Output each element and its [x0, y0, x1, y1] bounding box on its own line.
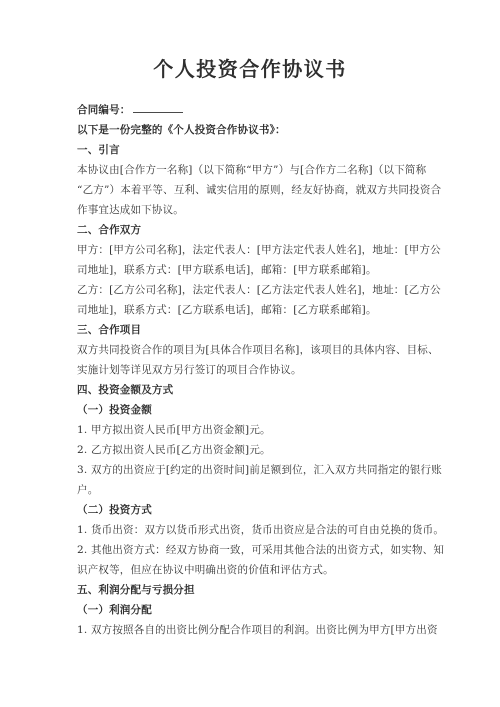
line-text: 一、引言 [77, 144, 120, 156]
line-text: 实施计划等详见双方另行签订的项目合作协议。 [77, 364, 302, 376]
section-heading-5: 五、利润分配与亏损分担 [77, 580, 437, 600]
body-line: 识产权等，但应在协议中明确出资的价值和评估方式。 [77, 560, 437, 580]
section-heading-4: 四、投资金额及方式 [77, 380, 437, 400]
subsection-heading: （一）利润分配 [77, 600, 437, 620]
line-text: 3. 双方的出资应于[约定的出资时间]前足额到位，汇入双方共同指定的银行账 [77, 464, 442, 476]
line-text: 司地址]，联系方式：[甲方联系电话]，邮箱：[甲方联系邮箱]。 [77, 264, 377, 276]
document-body: 合同编号：以下是一份完整的《个人投资合作协议书》：一、引言本协议由[合作方一名称… [77, 100, 437, 640]
numbered-item: 2. 其他出资方式：经双方协商一致，可采用其他合法的出资方式，如实物、知 [77, 540, 437, 560]
body-line: 双方共同投资合作的项目为[具体合作项目名称]，该项目的具体内容、目标、 [77, 340, 437, 360]
line-text: 识产权等，但应在协议中明确出资的价值和评估方式。 [77, 564, 334, 576]
line-text: 乙方：[乙方公司名称]，法定代表人：[乙方法定代表人姓名]，地址：[乙方公 [77, 284, 441, 296]
line-text: “乙方”）本着平等、互利、诚实信用的原则，经友好协商，就双方共同投资合 [77, 184, 441, 196]
line-text: （二）投资方式 [77, 504, 152, 516]
line-text: 本协议由[合作方一名称]（以下简称“甲方”）与[合作方二名称]（以下简称 [77, 164, 426, 176]
section-heading-3: 三、合作项目 [77, 320, 437, 340]
document-title: 个人投资合作协议书 [0, 54, 500, 84]
body-line: 实施计划等详见双方另行签订的项目合作协议。 [77, 360, 437, 380]
body-line: 作事宜达成如下协议。 [77, 200, 437, 220]
body-line: 司地址]，联系方式：[乙方联系电话]，邮箱：[乙方联系邮箱]。 [77, 300, 437, 320]
contract-number-blank [133, 100, 183, 113]
body-line: 户。 [77, 480, 437, 500]
numbered-item: 1. 双方按照各自的出资比例分配合作项目的利润。出资比例为甲方[甲方出资 [77, 620, 437, 640]
line-text: 1. 双方按照各自的出资比例分配合作项目的利润。出资比例为甲方[甲方出资 [77, 624, 438, 636]
contract-number-line: 合同编号： [77, 100, 437, 120]
numbered-item: 1. 货币出资：双方以货币形式出资，货币出资应是合法的可自由兑换的货币。 [77, 520, 437, 540]
body-line: 司地址]，联系方式：[甲方联系电话]，邮箱：[甲方联系邮箱]。 [77, 260, 437, 280]
section-heading-1: 一、引言 [77, 140, 437, 160]
body-line: 乙方：[乙方公司名称]，法定代表人：[乙方法定代表人姓名]，地址：[乙方公 [77, 280, 437, 300]
line-text: 作事宜达成如下协议。 [77, 204, 184, 216]
body-line: “乙方”）本着平等、互利、诚实信用的原则，经友好协商，就双方共同投资合 [77, 180, 437, 200]
line-text: 双方共同投资合作的项目为[具体合作项目名称]，该项目的具体内容、目标、 [77, 344, 439, 356]
document-page: 个人投资合作协议书 合同编号：以下是一份完整的《个人投资合作协议书》：一、引言本… [0, 0, 500, 707]
line-text: 五、利润分配与亏损分担 [77, 584, 195, 596]
section-heading-2: 二、合作双方 [77, 220, 437, 240]
line-text: 2. 其他出资方式：经双方协商一致，可采用其他合法的出资方式，如实物、知 [77, 544, 444, 556]
intro-line: 以下是一份完整的《个人投资合作协议书》： [77, 120, 437, 140]
subsection-heading: （一）投资金额 [77, 400, 437, 420]
line-text: 三、合作项目 [77, 324, 141, 336]
line-text: 合同编号： [77, 104, 131, 116]
line-text: 以下是一份完整的《个人投资合作协议书》： [77, 124, 286, 136]
line-text: 四、投资金额及方式 [77, 384, 173, 396]
numbered-item: 2. 乙方拟出资人民币[乙方出资金额]元。 [77, 440, 437, 460]
numbered-item: 1. 甲方拟出资人民币[甲方出资金额]元。 [77, 420, 437, 440]
line-text: 司地址]，联系方式：[乙方联系电话]，邮箱：[乙方联系邮箱]。 [77, 304, 377, 316]
line-text: 户。 [77, 484, 98, 496]
body-line: 甲方：[甲方公司名称]，法定代表人：[甲方法定代表人姓名]，地址：[甲方公 [77, 240, 437, 260]
line-text: （一）投资金额 [77, 404, 152, 416]
body-line: 本协议由[合作方一名称]（以下简称“甲方”）与[合作方二名称]（以下简称 [77, 160, 437, 180]
line-text: 1. 甲方拟出资人民币[甲方出资金额]元。 [77, 424, 271, 436]
line-text: 二、合作双方 [77, 224, 141, 236]
line-text: 1. 货币出资：双方以货币形式出资，货币出资应是合法的可自由兑换的货币。 [77, 524, 444, 536]
numbered-item: 3. 双方的出资应于[约定的出资时间]前足额到位，汇入双方共同指定的银行账 [77, 460, 437, 480]
line-text: 2. 乙方拟出资人民币[乙方出资金额]元。 [77, 444, 271, 456]
subsection-heading: （二）投资方式 [77, 500, 437, 520]
line-text: （一）利润分配 [77, 604, 152, 616]
line-text: 甲方：[甲方公司名称]，法定代表人：[甲方法定代表人姓名]，地址：[甲方公 [77, 244, 441, 256]
